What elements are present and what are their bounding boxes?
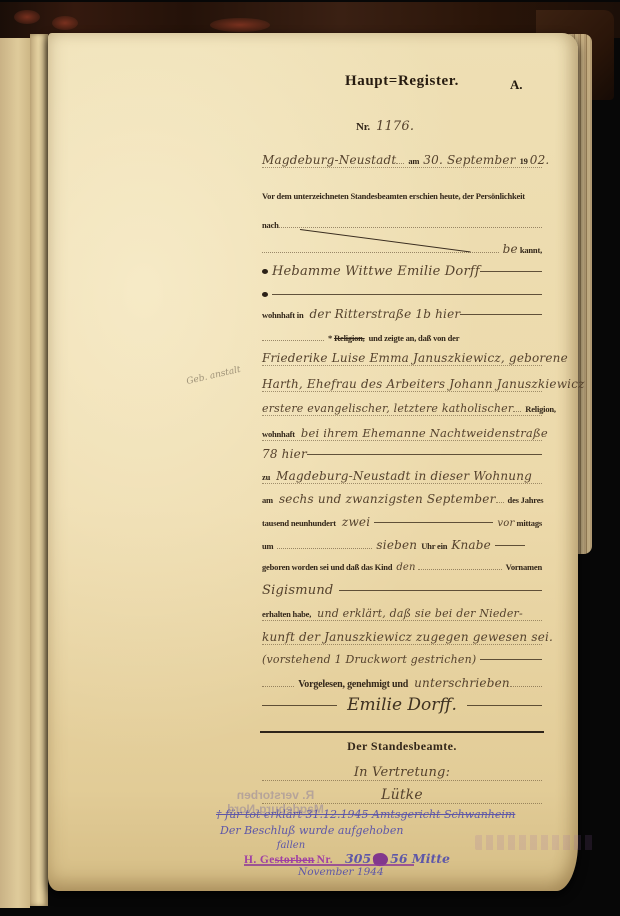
birth-year-word: zwei bbox=[342, 515, 370, 529]
section-letter: A. bbox=[510, 77, 522, 93]
stamp-date: November 1944 bbox=[298, 866, 384, 878]
dateline-year-hw: 02. bbox=[530, 153, 550, 167]
vorgelesen-line: Vorgelesen, genehmigt und unterschrieben bbox=[262, 676, 542, 690]
child-name: Sigismund bbox=[262, 583, 333, 598]
declarant-address: der Ritterstraße 1b hier bbox=[310, 307, 461, 321]
form-rule bbox=[277, 540, 372, 549]
record-number-value: 1176. bbox=[376, 119, 414, 134]
strike-line bbox=[272, 294, 542, 295]
mother-line-1: Friederike Luise Emma Januszkiewicz, geb… bbox=[262, 351, 542, 366]
declaration-line-2: kunft der Januszkiewicz zugegen gewesen … bbox=[262, 630, 542, 645]
form-rule bbox=[496, 494, 504, 503]
bekannt-printed: kannt, bbox=[520, 245, 542, 255]
birth-hour: sieben bbox=[376, 538, 417, 552]
mother-address-line-2: 78 hier bbox=[262, 447, 542, 461]
dateline-am: am bbox=[408, 156, 419, 166]
register-page: Haupt=Register. A. Nr. 1176. Magdeburg-N… bbox=[48, 33, 578, 891]
form-rule bbox=[510, 678, 542, 687]
birth-year-line: tausend neunhundert zwei vor mittags bbox=[262, 515, 542, 529]
handwritten-dash bbox=[339, 590, 542, 591]
religion-star: * bbox=[328, 333, 332, 343]
handwritten-dash bbox=[307, 454, 542, 455]
religion-clause-line: * Religion, und zeigte an, daß von der bbox=[262, 332, 542, 343]
den-hw: den bbox=[396, 562, 415, 573]
facing-page-edge bbox=[0, 38, 30, 908]
margin-pencil-note: Geb. anstalt bbox=[186, 365, 242, 387]
mother-address-2: 78 hier bbox=[262, 447, 307, 461]
signature-line: Emilie Dorff. bbox=[262, 695, 542, 715]
declaration-1: und erklärt, daß sie bei der Nieder- bbox=[317, 607, 523, 620]
religion-label: Religion, bbox=[525, 404, 556, 414]
record-number-line: Nr. 1176. bbox=[356, 119, 414, 134]
mother-address-line: wohnhaft bei ihrem Ehemanne Nachtweidens… bbox=[262, 426, 542, 441]
intro-line-1: Vor dem unterzeichneten Standesbeamten e… bbox=[262, 191, 542, 201]
declarant-name: Hebamme Wittwe Emilie Dorff bbox=[272, 264, 480, 279]
form-rule bbox=[262, 332, 324, 341]
official-signature: Lütke bbox=[381, 787, 423, 803]
dateline: Magdeburg-Neustadt am 30. September 19 0… bbox=[262, 153, 542, 168]
stamp-overwrite-hw: fallen bbox=[277, 840, 305, 851]
erhalten-line: erhalten habe, und erklärt, daß sie bei … bbox=[262, 607, 542, 621]
unterschrieben-hw: unterschrieben bbox=[414, 676, 510, 690]
ink-dot bbox=[262, 292, 268, 297]
bekannt-line: be kannt, bbox=[262, 242, 542, 256]
handwritten-dash bbox=[467, 705, 542, 706]
section-divider-rule bbox=[260, 731, 544, 733]
standesbeamte-heading: Der Standesbeamte. bbox=[262, 739, 542, 754]
vormittags-hw: vor bbox=[497, 518, 514, 529]
record-number-label: Nr. bbox=[356, 121, 370, 133]
declarant-line: Hebamme Wittwe Emilie Dorff bbox=[262, 264, 542, 279]
faint-stamp-mark bbox=[475, 835, 593, 850]
page-title: Haupt=Register. bbox=[262, 73, 542, 90]
struck-blank-line bbox=[262, 292, 542, 297]
stamp-date-line: November 1944 bbox=[298, 866, 498, 878]
mirror-line-1: R. verstorben bbox=[168, 788, 383, 802]
child-name-line: Sigismund bbox=[262, 583, 542, 598]
dateline-place: Magdeburg-Neustadt bbox=[262, 153, 396, 167]
birth-hour-line: um sieben Uhr ein Knabe bbox=[262, 538, 542, 552]
correction-note: (vorstehend 1 Druckwort gestrichen) bbox=[262, 653, 476, 666]
handwritten-dash bbox=[495, 545, 525, 546]
handwritten-dash bbox=[262, 705, 337, 706]
mother-line-2: Harth, Ehefrau des Arbeiters Johann Janu… bbox=[262, 377, 542, 392]
bekannt-hw-prefix: be bbox=[503, 242, 518, 256]
declarant-address-line: wohnhaft in der Ritterstraße 1b hier bbox=[262, 307, 542, 321]
child-sex: Knabe bbox=[451, 538, 491, 552]
form-rule bbox=[513, 403, 521, 412]
vertretung-hw: In Vertretung: bbox=[354, 765, 450, 780]
cover-wear-mark bbox=[52, 16, 78, 30]
declarant-signature: Emilie Dorff. bbox=[347, 695, 457, 715]
mother-line-3: erstere evangelischer, letztere katholis… bbox=[262, 402, 542, 416]
mirror-line-2: Magdeburg-Nord bbox=[168, 802, 383, 816]
ink-dot bbox=[262, 269, 268, 274]
birth-day-line: am sechs und zwanzigsten September des J… bbox=[262, 492, 542, 506]
dateline-date: 30. September bbox=[423, 153, 515, 167]
form-rule bbox=[396, 155, 404, 164]
form-rule bbox=[262, 678, 294, 687]
correction-note-line: (vorstehend 1 Druckwort gestrichen) bbox=[262, 653, 542, 666]
birth-place: Magdeburg-Neustadt in dieser Wohnung bbox=[276, 469, 532, 483]
cover-wear-mark bbox=[14, 10, 40, 24]
declaration-2: kunft der Januszkiewicz zugegen gewesen … bbox=[262, 630, 553, 644]
birth-day: sechs und zwanzigsten September bbox=[279, 492, 496, 506]
handwritten-dash bbox=[480, 659, 542, 660]
mother-address: bei ihrem Ehemanne Nachtweidenstraße bbox=[301, 426, 548, 440]
mirrored-ink-offset: R. verstorben Magdeburg-Nord bbox=[168, 788, 383, 816]
geboren-line: geboren worden sei und daß das Kind den … bbox=[262, 561, 542, 573]
religion-struck: Religion, bbox=[334, 333, 365, 343]
intro-line-2: nach bbox=[262, 219, 542, 230]
dateline-year-printed: 19 bbox=[520, 156, 528, 166]
handwritten-dash bbox=[460, 314, 542, 315]
cover-wear-mark bbox=[210, 18, 270, 32]
form-rule bbox=[279, 219, 542, 228]
handwritten-dash bbox=[480, 271, 542, 272]
facing-page-edge-inner bbox=[30, 34, 48, 906]
birth-place-line: zu Magdeburg-Neustadt in dieser Wohnung bbox=[262, 469, 542, 484]
handwritten-dash bbox=[374, 522, 493, 523]
form-rule bbox=[418, 561, 502, 570]
vertretung-line: In Vertretung: bbox=[262, 765, 542, 781]
